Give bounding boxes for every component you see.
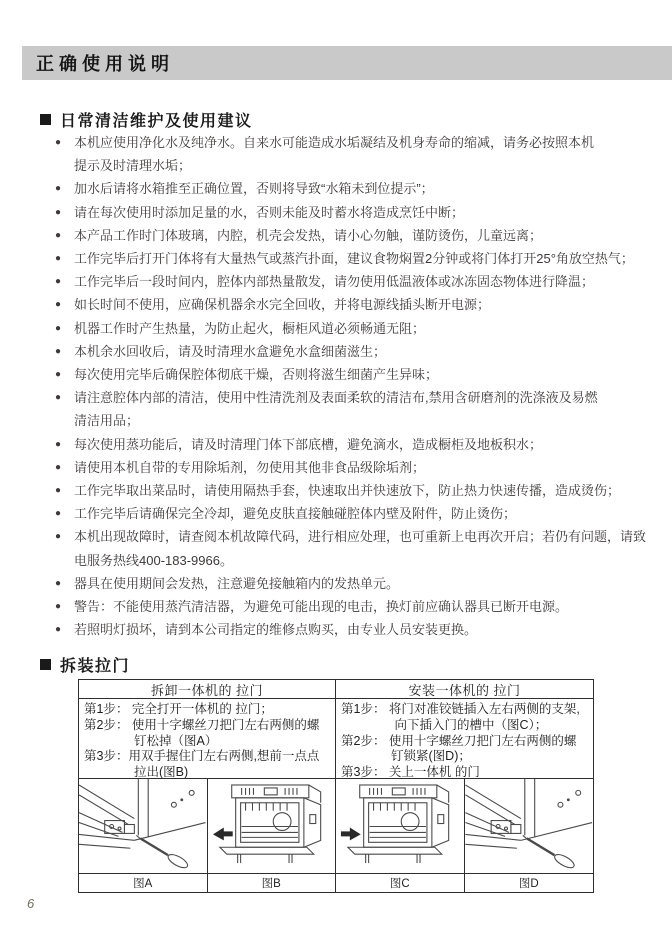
figure-c-caption: 图C bbox=[336, 874, 465, 892]
bullet-line: 机器工作时产生热量，为防止起火，橱柜风道必须畅通无阻； bbox=[74, 317, 640, 340]
list-item: ●若照明灯损坏，请到本公司指定的维修点购买，由专业人员安装更换。 bbox=[55, 618, 640, 641]
oven-pull-out-illustration bbox=[208, 779, 336, 873]
bullet-dot-icon: ● bbox=[55, 177, 74, 200]
bullet-line: 电服务热线400-183-9966。 bbox=[74, 549, 646, 572]
bullet-line: 本机余水回收后，请及时清理水盒避免水盒细菌滋生； bbox=[74, 340, 640, 363]
step-line: 第3步： 关上一体机 的门 bbox=[341, 765, 589, 779]
bullet-dot-icon: ● bbox=[55, 479, 74, 502]
door-removal-table: 拆卸一体机的 拉门 安装一体机的 拉门 第1步： 完全打开一体机的 拉门；第2步… bbox=[78, 679, 594, 893]
list-item: ●工作完毕取出菜品时，请使用隔热手套，快速取出并快速放下，防止热力快速传播，造成… bbox=[55, 479, 640, 502]
square-bullet-icon bbox=[40, 114, 51, 125]
list-item: ●器具在使用期间会发热，注意避免接触箱内的发热单元。 bbox=[55, 572, 640, 595]
bullet-dot-icon: ● bbox=[55, 247, 74, 270]
bullet-dot-icon: ● bbox=[55, 502, 74, 525]
step-line: 第3步：用双手握住门左右两侧,想前一点点 bbox=[84, 749, 331, 765]
figure-b-caption: 图B bbox=[208, 874, 337, 892]
table-header-remove-door: 拆卸一体机的 拉门 bbox=[79, 680, 336, 699]
bullet-line: 请在每次使用时添加足量的水，否则未能及时蓄水将造成烹饪中断； bbox=[74, 201, 640, 224]
bullet-dot-icon: ● bbox=[55, 456, 74, 479]
bullet-line: 本机出现故障时，请查阅本机故障代码，进行相应处理，也可重新上电再次开启；若仍有问… bbox=[74, 525, 646, 548]
bullet-dot-icon: ● bbox=[55, 201, 74, 224]
bullet-line: 工作完毕取出菜品时，请使用隔热手套，快速取出并快速放下，防止热力快速传播，造成烫… bbox=[74, 479, 640, 502]
list-item: ●请注意腔体内部的清洁，使用中性清洗剂及表面柔软的清洁布,禁用含研磨剂的洗涤液及… bbox=[55, 386, 640, 432]
bullet-dot-icon: ● bbox=[55, 131, 74, 177]
list-item: ●加水后请将水箱推至正确位置，否则将导致“水箱未到位提示”； bbox=[55, 177, 640, 200]
bullet-dot-icon: ● bbox=[55, 525, 74, 571]
list-item: ●请使用本机自带的专用除垢剂，勿使用其他非食品级除垢剂； bbox=[55, 456, 640, 479]
figure-a-caption: 图A bbox=[79, 874, 208, 892]
table-header-install-door: 安装一体机的 拉门 bbox=[336, 680, 593, 699]
bullet-line: 提示及时清理水垢； bbox=[74, 154, 640, 177]
bullet-dot-icon: ● bbox=[55, 270, 74, 293]
bullet-dot-icon: ● bbox=[55, 340, 74, 363]
figure-c-image bbox=[336, 779, 465, 874]
figure-d-caption: 图D bbox=[465, 874, 594, 892]
cleaning-tips-list: ●本机应使用净化水及纯净水。自来水可能造成水垢凝结及机身寿命的缩减，请务必按照本… bbox=[55, 131, 640, 641]
screwdriver-hinge-illustration bbox=[79, 779, 207, 873]
figure-d-image bbox=[465, 779, 594, 874]
bullet-dot-icon: ● bbox=[55, 386, 74, 432]
figure-a-image bbox=[79, 779, 208, 874]
square-bullet-icon bbox=[40, 659, 51, 670]
figure-b-image bbox=[208, 779, 337, 874]
bullet-dot-icon: ● bbox=[55, 433, 74, 456]
bullet-dot-icon: ● bbox=[55, 293, 74, 316]
bullet-line: 工作完毕后一段时间内，腔体内部热量散发，请勿使用低温液体或冰冻固态物体进行降温； bbox=[74, 270, 640, 293]
bullet-line: 工作完毕后打开门体将有大量热气或蒸汽扑面，建议食物焖置2分钟或将门体打开25°角… bbox=[74, 247, 640, 270]
step-line: 第1步： 完全打开一体机的 拉门； bbox=[84, 702, 331, 718]
bullet-line: 请使用本机自带的专用除垢剂，勿使用其他非食品级除垢剂； bbox=[74, 456, 640, 479]
bullet-line: 请注意腔体内部的清洁，使用中性清洗剂及表面柔软的清洁布,禁用含研磨剂的洗涤液及易… bbox=[74, 386, 640, 409]
bullet-line: 每次使用完毕后确保腔体彻底干燥，否则将滋生细菌产生异味； bbox=[74, 363, 640, 386]
bullet-dot-icon: ● bbox=[55, 572, 74, 595]
bullet-dot-icon: ● bbox=[55, 317, 74, 340]
list-item: ●本机应使用净化水及纯净水。自来水可能造成水垢凝结及机身寿命的缩减，请务必按照本… bbox=[55, 131, 640, 177]
screwdriver-hinge-illustration bbox=[465, 779, 594, 873]
bullet-dot-icon: ● bbox=[55, 595, 74, 618]
step-line: 第2步： 使用十字螺丝刀把门左右两侧的螺 bbox=[341, 734, 589, 750]
list-item: ●如长时间不使用，应确保机器余水完全回收，并将电源线插头断开电源； bbox=[55, 293, 640, 316]
bullet-line: 本机应使用净化水及纯净水。自来水可能造成水垢凝结及机身寿命的缩减，请务必按照本机 bbox=[74, 131, 640, 154]
step-line: 钉松掉（图A） bbox=[84, 734, 331, 750]
list-item: ●警告：不能使用蒸汽清洁器，为避免可能出现的电击，换灯前应确认器具已断开电源。 bbox=[55, 595, 640, 618]
bullet-line: 工作完毕后请确保完全冷却，避免皮肤直接触碰腔体内壁及附件，防止烫伤； bbox=[74, 502, 640, 525]
list-item: ●每次使用完毕后确保腔体彻底干燥，否则将滋生细菌产生异味； bbox=[55, 363, 640, 386]
install-door-steps: 第1步： 将门对准铰链插入左右两侧的支架, 向下插入门的槽中（图C）；第2步： … bbox=[336, 699, 593, 779]
section-title-daily-cleaning: 日常清洁维护及使用建议 bbox=[40, 108, 253, 131]
list-item: ●工作完毕后请确保完全冷却，避免皮肤直接触碰腔体内壁及附件，防止烫伤； bbox=[55, 502, 640, 525]
bullet-line: 本产品工作时门体玻璃，内腔，机壳会发热，请小心勿触，谨防烫伤，儿童远离； bbox=[74, 224, 640, 247]
bullet-dot-icon: ● bbox=[55, 224, 74, 247]
page-number: 6 bbox=[27, 896, 34, 911]
list-item: ●机器工作时产生热量，为防止起火，橱柜风道必须畅通无阻； bbox=[55, 317, 640, 340]
oven-insert-illustration bbox=[336, 779, 464, 873]
page-header-bar: 正确使用说明 bbox=[22, 46, 672, 80]
list-item: ●请在每次使用时添加足量的水，否则未能及时蓄水将造成烹饪中断； bbox=[55, 201, 640, 224]
manual-page: 正确使用说明 日常清洁维护及使用建议 ●本机应使用净化水及纯净水。自来水可能造成… bbox=[0, 0, 672, 928]
step-line: 第1步： 将门对准铰链插入左右两侧的支架, bbox=[341, 702, 589, 718]
section-title-label: 拆装拉门 bbox=[60, 653, 130, 676]
list-item: ●每次使用蒸功能后，请及时清理门体下部底槽，避免滴水，造成橱柜及地板积水； bbox=[55, 433, 640, 456]
list-item: ●本机出现故障时，请查阅本机故障代码，进行相应处理，也可重新上电再次开启；若仍有… bbox=[55, 525, 640, 571]
step-line: 向下插入门的槽中（图C）； bbox=[341, 718, 589, 734]
bullet-line: 器具在使用期间会发热，注意避免接触箱内的发热单元。 bbox=[74, 572, 640, 595]
list-item: ●本机余水回收后，请及时清理水盒避免水盒细菌滋生； bbox=[55, 340, 640, 363]
bullet-line: 警告：不能使用蒸汽清洁器，为避免可能出现的电击，换灯前应确认器具已断开电源。 bbox=[74, 595, 640, 618]
step-line: 拉出(图B) bbox=[84, 765, 331, 779]
bullet-line: 加水后请将水箱推至正确位置，否则将导致“水箱未到位提示”； bbox=[74, 177, 640, 200]
bullet-line: 每次使用蒸功能后，请及时清理门体下部底槽，避免滴水，造成橱柜及地板积水； bbox=[74, 433, 640, 456]
list-item: ●工作完毕后打开门体将有大量热气或蒸汽扑面，建议食物焖置2分钟或将门体打开25°… bbox=[55, 247, 640, 270]
step-line: 钉锁紧(图D)； bbox=[341, 749, 589, 765]
page-title: 正确使用说明 bbox=[36, 50, 174, 76]
section-title-label: 日常清洁维护及使用建议 bbox=[60, 108, 253, 131]
bullet-line: 清洁用品； bbox=[74, 409, 640, 432]
section-title-door-removal: 拆装拉门 bbox=[40, 653, 130, 676]
bullet-dot-icon: ● bbox=[55, 618, 74, 641]
bullet-line: 若照明灯损坏，请到本公司指定的维修点购买，由专业人员安装更换。 bbox=[74, 618, 640, 641]
step-line: 第2步： 使用十字螺丝刀把门左右两侧的螺 bbox=[84, 718, 331, 734]
bullet-line: 如长时间不使用，应确保机器余水完全回收，并将电源线插头断开电源； bbox=[74, 293, 640, 316]
list-item: ●工作完毕后一段时间内，腔体内部热量散发，请勿使用低温液体或冰冻固态物体进行降温… bbox=[55, 270, 640, 293]
bullet-dot-icon: ● bbox=[55, 363, 74, 386]
list-item: ●本产品工作时门体玻璃，内腔，机壳会发热，请小心勿触，谨防烫伤，儿童远离； bbox=[55, 224, 640, 247]
remove-door-steps: 第1步： 完全打开一体机的 拉门；第2步： 使用十字螺丝刀把门左右两侧的螺 钉松… bbox=[79, 699, 336, 779]
